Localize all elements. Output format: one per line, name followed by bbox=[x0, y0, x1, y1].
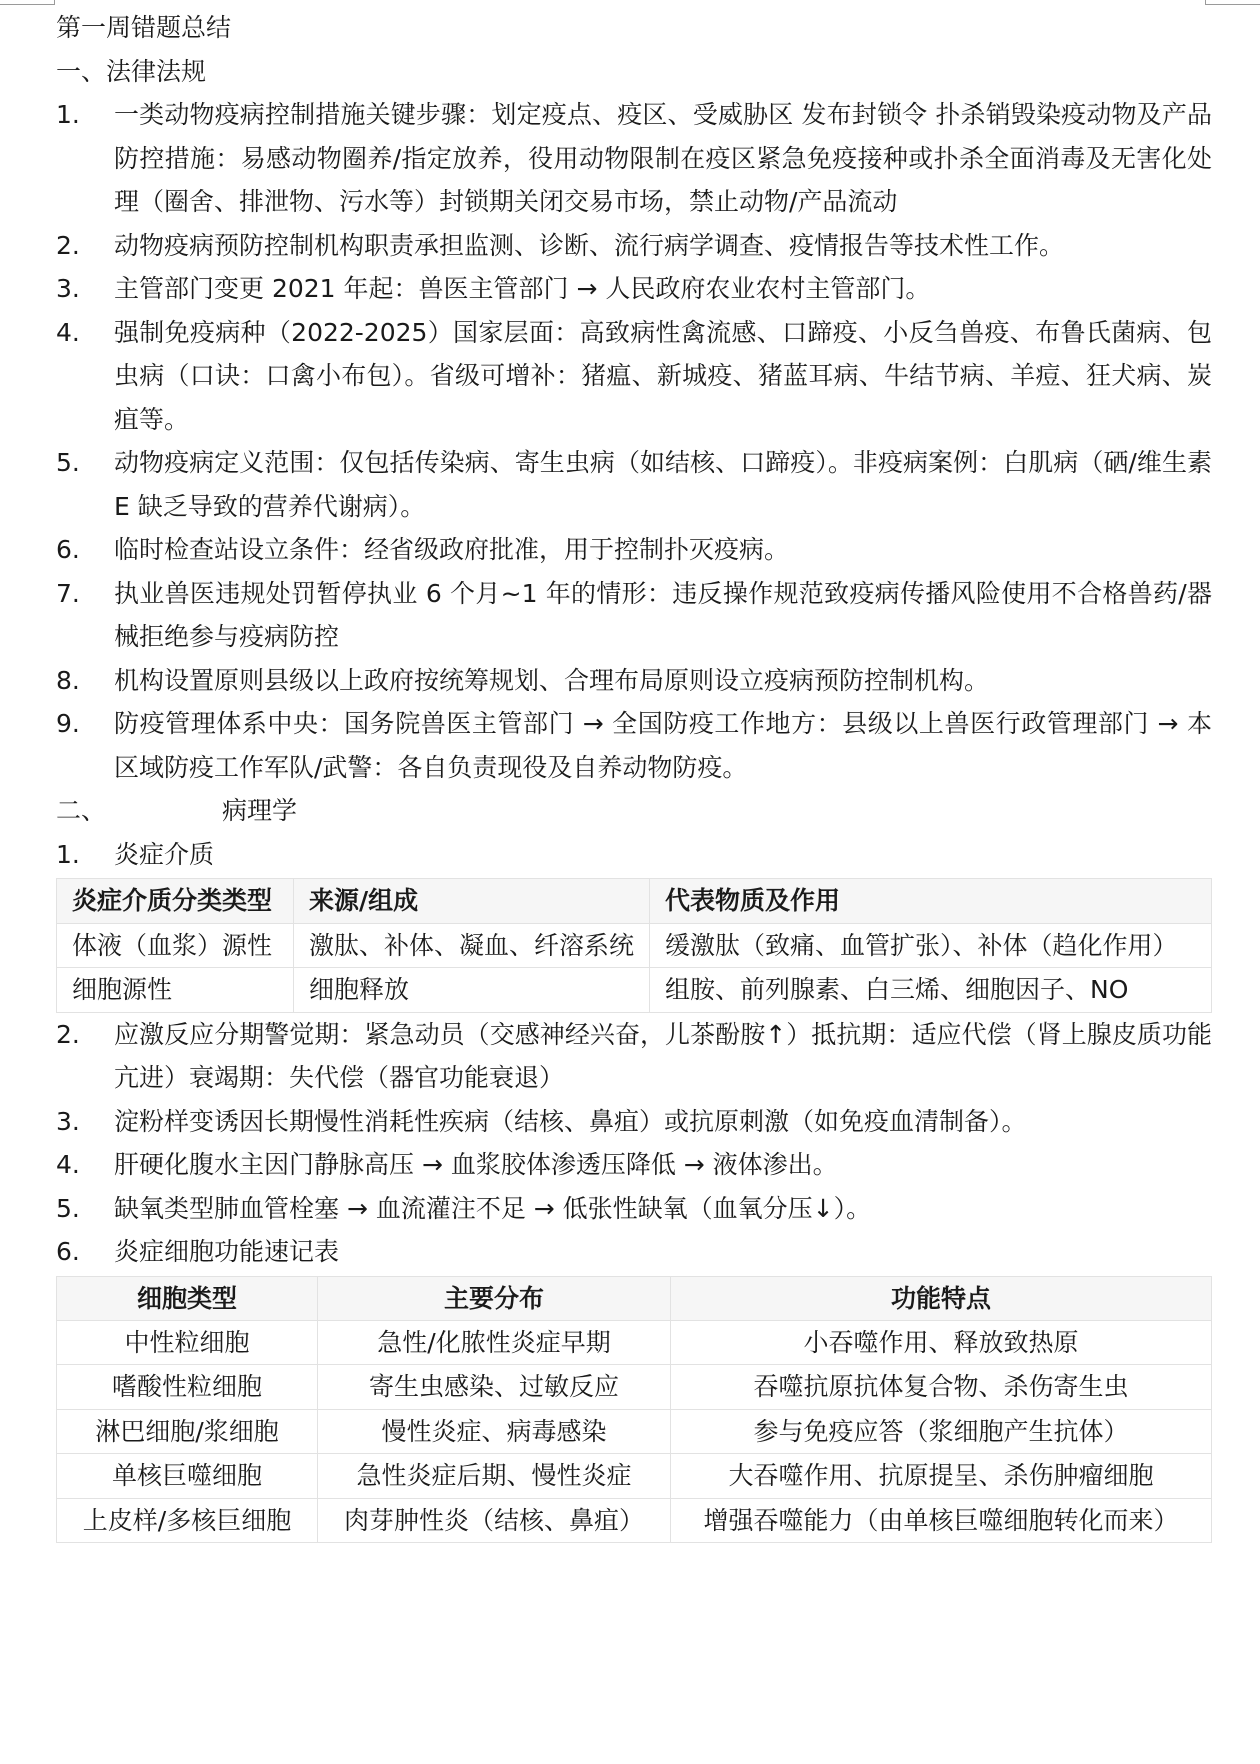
list-text: 动物疫病预防控制机构职责承担监测、诊断、流行病学调查、疫情报告等技术性工作。 bbox=[114, 224, 1212, 268]
pathology-list: 2.应激反应分期警觉期：紧急动员（交感神经兴奋，儿茶酚胺↑）抵抗期：适应代偿（肾… bbox=[56, 1013, 1212, 1274]
list-item: 9.防疫管理体系中央：国务院兽医主管部门 → 全国防疫工作地方：县级以上兽医行政… bbox=[56, 702, 1212, 789]
section-heading-law: 一、法律法规 bbox=[56, 50, 1212, 94]
table-row: 单核巨噬细胞 急性炎症后期、慢性炎症 大吞噬作用、抗原提呈、杀伤肿瘤细胞 bbox=[57, 1454, 1212, 1499]
document-title: 第一周错题总结 bbox=[56, 6, 1212, 50]
table-row: 淋巴细胞/浆细胞 慢性炎症、病毒感染 参与免疫应答（浆细胞产生抗体） bbox=[57, 1409, 1212, 1454]
table-header-cell: 主要分布 bbox=[318, 1276, 671, 1320]
table-header-cell: 炎症介质分类类型 bbox=[57, 879, 294, 924]
list-number: 1. bbox=[56, 833, 114, 877]
list-number: 6. bbox=[56, 528, 114, 572]
list-text: 主管部门变更 2021 年起：兽医主管部门 → 人民政府农业农村主管部门。 bbox=[114, 267, 1212, 311]
table-cell: 细胞释放 bbox=[294, 968, 650, 1013]
list-text: 炎症介质 bbox=[114, 833, 1212, 877]
table-cell: 肉芽肿性炎（结核、鼻疽） bbox=[318, 1498, 671, 1543]
list-item: 2.动物疫病预防控制机构职责承担监测、诊断、流行病学调查、疫情报告等技术性工作。 bbox=[56, 224, 1212, 268]
table-cell: 增强吞噬能力（由单核巨噬细胞转化而来） bbox=[671, 1498, 1212, 1543]
list-item: 4.肝硬化腹水主因门静脉高压 → 血浆胶体渗透压降低 → 液体渗出。 bbox=[56, 1143, 1212, 1187]
list-text: 机构设置原则县级以上政府按统筹规划、合理布局原则设立疫病预防控制机构。 bbox=[114, 659, 1212, 703]
inflammatory-mediator-table: 炎症介质分类类型 来源/组成 代表物质及作用 体液（血浆）源性 激肽、补体、凝血… bbox=[56, 878, 1212, 1013]
list-number: 9. bbox=[56, 702, 114, 789]
inflammatory-cell-table: 细胞类型 主要分布 功能特点 中性粒细胞 急性/化脓性炎症早期 小吞噬作用、释放… bbox=[56, 1276, 1212, 1544]
table-row: 嗜酸性粒细胞 寄生虫感染、过敏反应 吞噬抗原抗体复合物、杀伤寄生虫 bbox=[57, 1365, 1212, 1410]
list-item: 7.执业兽医违规处罚暂停执业 6 个月~1 年的情形：违反操作规范致疫病传播风险… bbox=[56, 572, 1212, 659]
list-number: 2. bbox=[56, 224, 114, 268]
list-item: 8.机构设置原则县级以上政府按统筹规划、合理布局原则设立疫病预防控制机构。 bbox=[56, 659, 1212, 703]
list-item: 6.临时检查站设立条件：经省级政府批准，用于控制扑灭疫病。 bbox=[56, 528, 1212, 572]
list-number: 7. bbox=[56, 572, 114, 659]
law-list: 1.一类动物疫病控制措施关键步骤：划定疫点、疫区、受威胁区 发布封锁令 扑杀销毁… bbox=[56, 93, 1212, 789]
table-cell: 体液（血浆）源性 bbox=[57, 923, 294, 968]
table-cell: 上皮样/多核巨细胞 bbox=[57, 1498, 318, 1543]
list-text: 炎症细胞功能速记表 bbox=[114, 1230, 1212, 1274]
list-item: 2.应激反应分期警觉期：紧急动员（交感神经兴奋，儿茶酚胺↑）抵抗期：适应代偿（肾… bbox=[56, 1013, 1212, 1100]
table-header-cell: 代表物质及作用 bbox=[650, 879, 1212, 924]
table-cell: 急性炎症后期、慢性炎症 bbox=[318, 1454, 671, 1499]
table-header-cell: 功能特点 bbox=[671, 1276, 1212, 1320]
list-item: 6.炎症细胞功能速记表 bbox=[56, 1230, 1212, 1274]
table-header-cell: 来源/组成 bbox=[294, 879, 650, 924]
section-prefix: 二、 bbox=[56, 796, 106, 825]
table-cell: 急性/化脓性炎症早期 bbox=[318, 1320, 671, 1365]
section-title: 病理学 bbox=[222, 796, 297, 825]
document-page: 第一周错题总结 一、法律法规 1.一类动物疫病控制措施关键步骤：划定疫点、疫区、… bbox=[56, 6, 1212, 1543]
list-item: 4.强制免疫病种（2022-2025）国家层面：高致病性禽流感、口蹄疫、小反刍兽… bbox=[56, 311, 1212, 442]
table-row: 体液（血浆）源性 激肽、补体、凝血、纤溶系统 缓激肽（致痛、血管扩张）、补体（趋… bbox=[57, 923, 1212, 968]
list-text: 临时检查站设立条件：经省级政府批准，用于控制扑灭疫病。 bbox=[114, 528, 1212, 572]
list-item: 5.动物疫病定义范围：仅包括传染病、寄生虫病（如结核、口蹄疫）。非疫病案例：白肌… bbox=[56, 441, 1212, 528]
section-heading-pathology: 二、病理学 bbox=[56, 789, 1212, 833]
list-text: 防疫管理体系中央：国务院兽医主管部门 → 全国防疫工作地方：县级以上兽医行政管理… bbox=[114, 702, 1212, 789]
table-header-cell: 细胞类型 bbox=[57, 1276, 318, 1320]
list-item: 3.主管部门变更 2021 年起：兽医主管部门 → 人民政府农业农村主管部门。 bbox=[56, 267, 1212, 311]
table-row: 上皮样/多核巨细胞 肉芽肿性炎（结核、鼻疽） 增强吞噬能力（由单核巨噬细胞转化而… bbox=[57, 1498, 1212, 1543]
table-cell: 中性粒细胞 bbox=[57, 1320, 318, 1365]
list-number: 5. bbox=[56, 1187, 114, 1231]
table-cell: 寄生虫感染、过敏反应 bbox=[318, 1365, 671, 1410]
list-text: 应激反应分期警觉期：紧急动员（交感神经兴奋，儿茶酚胺↑）抵抗期：适应代偿（肾上腺… bbox=[114, 1013, 1212, 1100]
list-number: 4. bbox=[56, 311, 114, 442]
table-row: 细胞源性 细胞释放 组胺、前列腺素、白三烯、细胞因子、NO bbox=[57, 968, 1212, 1013]
list-item: 1.一类动物疫病控制措施关键步骤：划定疫点、疫区、受威胁区 发布封锁令 扑杀销毁… bbox=[56, 93, 1212, 224]
list-number: 1. bbox=[56, 93, 114, 224]
list-text: 缺氧类型肺血管栓塞 → 血流灌注不足 → 低张性缺氧（血氧分压↓）。 bbox=[114, 1187, 1212, 1231]
list-number: 2. bbox=[56, 1013, 114, 1100]
table-cell: 慢性炎症、病毒感染 bbox=[318, 1409, 671, 1454]
page-corner-mark-left bbox=[0, 0, 55, 5]
list-number: 8. bbox=[56, 659, 114, 703]
table-cell: 小吞噬作用、释放致热原 bbox=[671, 1320, 1212, 1365]
table-cell: 单核巨噬细胞 bbox=[57, 1454, 318, 1499]
page-corner-mark-right bbox=[1205, 0, 1260, 5]
list-item: 1.炎症介质 bbox=[56, 833, 1212, 877]
list-text: 执业兽医违规处罚暂停执业 6 个月~1 年的情形：违反操作规范致疫病传播风险使用… bbox=[114, 572, 1212, 659]
table-cell: 缓激肽（致痛、血管扩张）、补体（趋化作用） bbox=[650, 923, 1212, 968]
list-number: 5. bbox=[56, 441, 114, 528]
table-cell: 激肽、补体、凝血、纤溶系统 bbox=[294, 923, 650, 968]
table-header-row: 细胞类型 主要分布 功能特点 bbox=[57, 1276, 1212, 1320]
list-text: 淀粉样变诱因长期慢性消耗性疾病（结核、鼻疽）或抗原刺激（如免疫血清制备）。 bbox=[114, 1100, 1212, 1144]
table-cell: 参与免疫应答（浆细胞产生抗体） bbox=[671, 1409, 1212, 1454]
list-text: 动物疫病定义范围：仅包括传染病、寄生虫病（如结核、口蹄疫）。非疫病案例：白肌病（… bbox=[114, 441, 1212, 528]
list-number: 3. bbox=[56, 267, 114, 311]
list-number: 3. bbox=[56, 1100, 114, 1144]
list-item: 3.淀粉样变诱因长期慢性消耗性疾病（结核、鼻疽）或抗原刺激（如免疫血清制备）。 bbox=[56, 1100, 1212, 1144]
table-cell: 嗜酸性粒细胞 bbox=[57, 1365, 318, 1410]
table-row: 中性粒细胞 急性/化脓性炎症早期 小吞噬作用、释放致热原 bbox=[57, 1320, 1212, 1365]
table-header-row: 炎症介质分类类型 来源/组成 代表物质及作用 bbox=[57, 879, 1212, 924]
table-cell: 组胺、前列腺素、白三烯、细胞因子、NO bbox=[650, 968, 1212, 1013]
table-cell: 吞噬抗原抗体复合物、杀伤寄生虫 bbox=[671, 1365, 1212, 1410]
list-text: 一类动物疫病控制措施关键步骤：划定疫点、疫区、受威胁区 发布封锁令 扑杀销毁染疫… bbox=[114, 93, 1212, 224]
list-text: 肝硬化腹水主因门静脉高压 → 血浆胶体渗透压降低 → 液体渗出。 bbox=[114, 1143, 1212, 1187]
table-cell: 细胞源性 bbox=[57, 968, 294, 1013]
list-item: 5.缺氧类型肺血管栓塞 → 血流灌注不足 → 低张性缺氧（血氧分压↓）。 bbox=[56, 1187, 1212, 1231]
table-cell: 大吞噬作用、抗原提呈、杀伤肿瘤细胞 bbox=[671, 1454, 1212, 1499]
table-cell: 淋巴细胞/浆细胞 bbox=[57, 1409, 318, 1454]
list-number: 6. bbox=[56, 1230, 114, 1274]
list-number: 4. bbox=[56, 1143, 114, 1187]
list-text: 强制免疫病种（2022-2025）国家层面：高致病性禽流感、口蹄疫、小反刍兽疫、… bbox=[114, 311, 1212, 442]
